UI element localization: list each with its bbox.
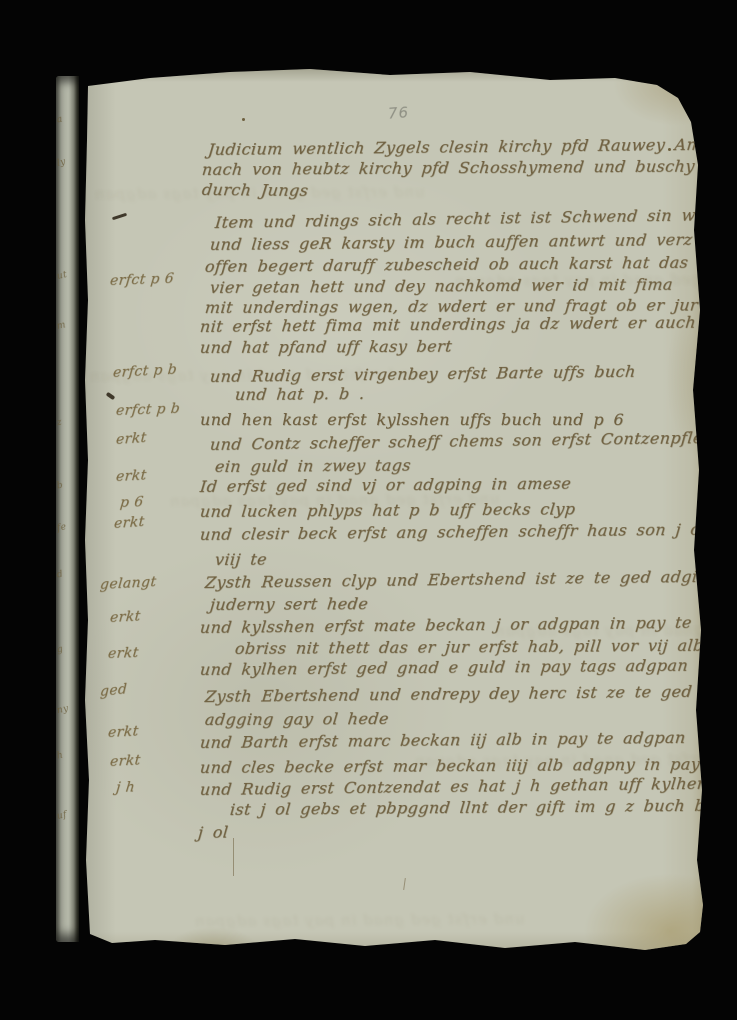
- ink-dash-mark: [112, 213, 127, 220]
- edge-ink-fragment: d: [56, 569, 64, 580]
- manuscript-line: und Rudig erst Contzendat es hat j h get…: [199, 774, 719, 799]
- margin-note: ged: [100, 681, 128, 700]
- margin-note: erkt: [113, 514, 145, 532]
- manuscript-line: Zysth Reussen clyp und Ebertshend ist ze…: [204, 567, 707, 592]
- edge-ink-fragment: b: [56, 480, 64, 491]
- margin-note: erkt: [109, 752, 141, 770]
- ink-dot: [242, 118, 245, 121]
- manuscript-line: Zysth Ebertshend und endrepy dey herc is…: [204, 682, 693, 706]
- manuscript-line: ein guld in zwey tags: [214, 456, 412, 476]
- manuscript-line: und hat p. b .: [234, 384, 366, 404]
- manuscript-line: Item und rdings sich als recht ist ist S…: [214, 204, 737, 232]
- margin-note: erkt: [107, 723, 139, 741]
- manuscript-line: und Barth erfst marc beckan iij alb in p…: [199, 728, 687, 752]
- manuscript-line: und clesir beck erfst ang scheffen schef…: [199, 519, 735, 544]
- manuscript-line: und hen kast erfst kylsshen uffs buch un…: [200, 410, 624, 429]
- margin-note: erkt: [115, 430, 147, 448]
- edge-ink-fragment: ny: [56, 704, 70, 716]
- edge-ink-fragment: a: [56, 114, 64, 125]
- manuscript-line: und lucken phlyps hat p b uff becks clyp: [199, 499, 576, 521]
- manuscript-line: adgging gay ol hede: [204, 709, 390, 729]
- margin-note: erkt: [107, 645, 139, 662]
- scan-background: a ly ut m z b fe d g ny h uf und erfst g…: [0, 0, 737, 1020]
- margin-note: erfct p b: [112, 362, 177, 381]
- edge-ink-fragment: h: [56, 750, 64, 761]
- edge-ink-fragment: g: [56, 644, 64, 655]
- edge-ink-fragment: fe: [56, 522, 68, 534]
- edge-ink-fragment: uf: [56, 810, 68, 822]
- manuscript-line: vier getan hett und dey nachkomd wer id …: [209, 275, 674, 297]
- descender-stroke: [233, 838, 234, 876]
- margin-note: erfct p b: [115, 401, 181, 419]
- margin-note: erkt: [109, 608, 141, 626]
- manuscript-line: ist j ol gebs et pbpggnd llnt der gift i…: [229, 795, 737, 819]
- manuscript-line: nit erfst hett fima mit underdings ja dz…: [199, 313, 697, 336]
- bleed-through-text: und erfst ged gnad in pay tags adgpan: [194, 910, 525, 930]
- manuscript-line: und hat pfand uff kasy bert: [199, 337, 453, 357]
- manuscript-line: und kylhen erfst ged gnad e guld in pay …: [199, 656, 689, 679]
- margin-note: gelangt: [99, 574, 157, 593]
- manuscript-line: und Rudig erst virgenbey erfst Barte uff…: [209, 362, 637, 386]
- manuscript-line: viij te: [214, 550, 268, 569]
- margin-note: j h: [115, 779, 136, 796]
- margin-note: p 6: [119, 494, 144, 511]
- manuscript-line: und Contz scheffer scheff chems son erfs…: [209, 428, 714, 454]
- manuscript-line: Judicium wentlich Zygels clesin kirchy p…: [207, 135, 703, 159]
- manuscript-line: juderny sert hede: [209, 594, 369, 614]
- small-ink-stroke: [403, 878, 406, 890]
- manuscript-line: obriss nit thett das er jur erfst hab, p…: [234, 636, 705, 658]
- folio-number: 76: [387, 103, 409, 122]
- manuscript-line: nach von heubtz kirchy pfd Schosshymend …: [201, 157, 696, 179]
- manuscript-line: und liess geR karsty im buch auffen antw…: [209, 230, 693, 254]
- ink-flick-mark: [106, 392, 116, 400]
- edge-ink-fragment: m: [56, 320, 67, 332]
- manuscript-line: Id erfst ged sind vj or adgping in amese: [199, 474, 572, 496]
- underlying-page-edge: a ly ut m z b fe d g ny h uf: [56, 76, 79, 942]
- edge-ink-fragment: z: [56, 418, 63, 429]
- margin-note: erkt: [115, 467, 147, 485]
- manuscript-line: durch Jungs: [201, 180, 310, 200]
- edge-ink-fragment: ly: [56, 157, 67, 169]
- manuscript-page: und erfst ged gnad in pay tags adgpan un…: [74, 66, 708, 958]
- manuscript-line: j ol: [197, 822, 229, 842]
- margin-note: erfct p 6: [109, 271, 175, 289]
- edge-ink-fragment: ut: [56, 270, 68, 282]
